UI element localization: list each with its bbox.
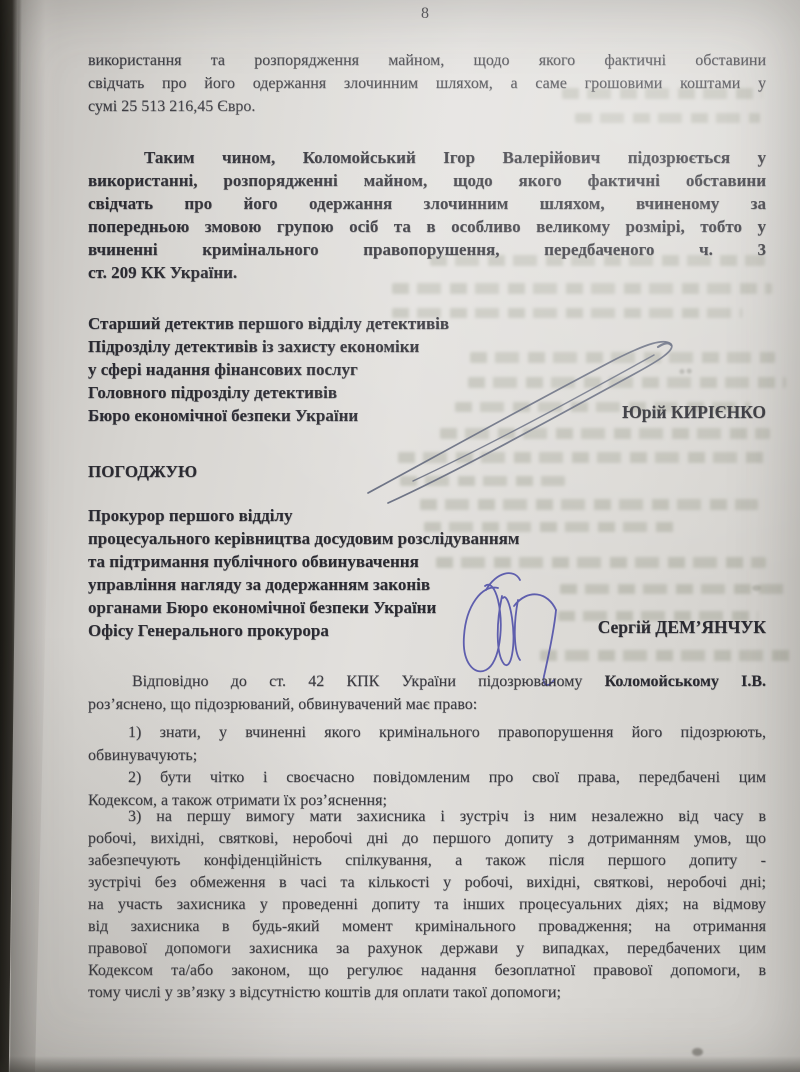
prosecutor-name: Сергій ДЕМ’ЯНЧУК [598,617,766,638]
paragraph-accusation: Таким чином, Коломойський Ігор Валерійов… [88,146,766,284]
text-line: процесуального керівництва досудовим роз… [88,527,558,550]
text-line: забезпечують конфіденційність спілкуванн… [88,850,766,872]
text-line: у сфері надання фінансових послуг [88,358,558,381]
scanned-document-page: 8 використання та розпорядження майном, … [0,0,800,1072]
text-line: роз’яснено, що підозрюваний, обвинувачен… [88,693,766,716]
dirt-smudge [692,1048,703,1056]
intro-prefix: Відповідно до ст. 42 КПК України підозрю… [132,673,582,690]
rights-intro: Відповідно до ст. 42 КПК України підозрю… [88,670,766,716]
dirt-smudge [752,585,761,591]
text-line: зустрічі без обмеження в часі та кількос… [88,872,766,894]
text-line: сумі 25 513 216,45 Євро. [88,95,766,118]
text-line: вчиненні кримінального правопорушення, п… [88,238,766,261]
approve-heading: ПОГОДЖУЮ [88,460,766,483]
rights-item-3: 3) на першу вимогу мати захисника і зуст… [88,806,766,1004]
paragraph-intro-amount: використання та розпорядження майном, що… [88,49,766,118]
text-line: та підтримання публічного обвинувачення [88,550,558,573]
text-line: 3) на першу вимогу мати захисника і зуст… [88,806,766,828]
text-line: використання та розпорядження майном, що… [88,49,766,72]
text-line: Відповідно до ст. 42 КПК України підозрю… [88,670,766,693]
detective-name: Юрій КИРІЄНКО [622,402,766,423]
text-line: від захисника в будь-який момент криміна… [88,916,766,938]
bleed-through-text [392,283,772,294]
text-line: 1) знати, у вчиненні якого кримінального… [88,721,766,744]
text-line: Офісу Генерального прокурора [88,619,558,642]
text-line: управління нагляду за додержанням законі… [88,573,558,596]
text-line: Бюро економічної безпеки України [88,404,558,427]
text-line: свідчать про його одержання злочинним шл… [88,192,766,215]
detective-title-block: Старший детектив першого відділу детекти… [88,312,558,427]
text-line: Головного підрозділу детективів [88,381,558,404]
text-line: Старший детектив першого відділу детекти… [88,312,558,335]
text-line: робочі, вихідні, святкові, неробочі дні … [88,828,766,850]
bleed-through-text [540,650,795,661]
page-number: 8 [405,5,445,23]
bleed-through-text [440,428,770,439]
text-line: обвинувачують; [88,744,766,767]
text-line: тому числі у зв’язку з відсутністю кошті… [88,982,766,1004]
text-line: Підрозділу детективів із захисту економі… [88,335,558,358]
text-line: Кодексом та/або законом, що регулює нада… [88,960,766,982]
text-line: правової допомоги захисника за рахунок д… [88,938,766,960]
text-line: попередньою змовою групою осіб та в особ… [88,215,766,238]
text-line: Прокурор першого відділу [88,504,558,527]
suspect-name: Коломойському І.В. [605,673,766,690]
text-line: використанні, розпорядженні майном, щодо… [88,169,766,192]
text-line: Таким чином, Коломойський Ігор Валерійов… [88,146,766,169]
text-line: на участь захисника у проведенні допиту … [88,894,766,916]
ink-smudge [678,367,694,376]
bleed-through-text [560,584,785,594]
text-line: свідчать про його одержання злочинним шл… [88,72,766,95]
photo-bottom-edge [0,1056,800,1072]
prosecutor-title-block: Прокурор першого відділу процесуального … [88,504,558,642]
rights-item-1: 1) знати, у вчиненні якого кримінального… [88,721,766,767]
text-line: 2) бути чітко і своєчасно повідомленим п… [88,766,766,789]
text-line: ст. 209 КК України. [88,261,766,284]
text-line: органами Бюро економічної безпеки Україн… [88,596,558,619]
